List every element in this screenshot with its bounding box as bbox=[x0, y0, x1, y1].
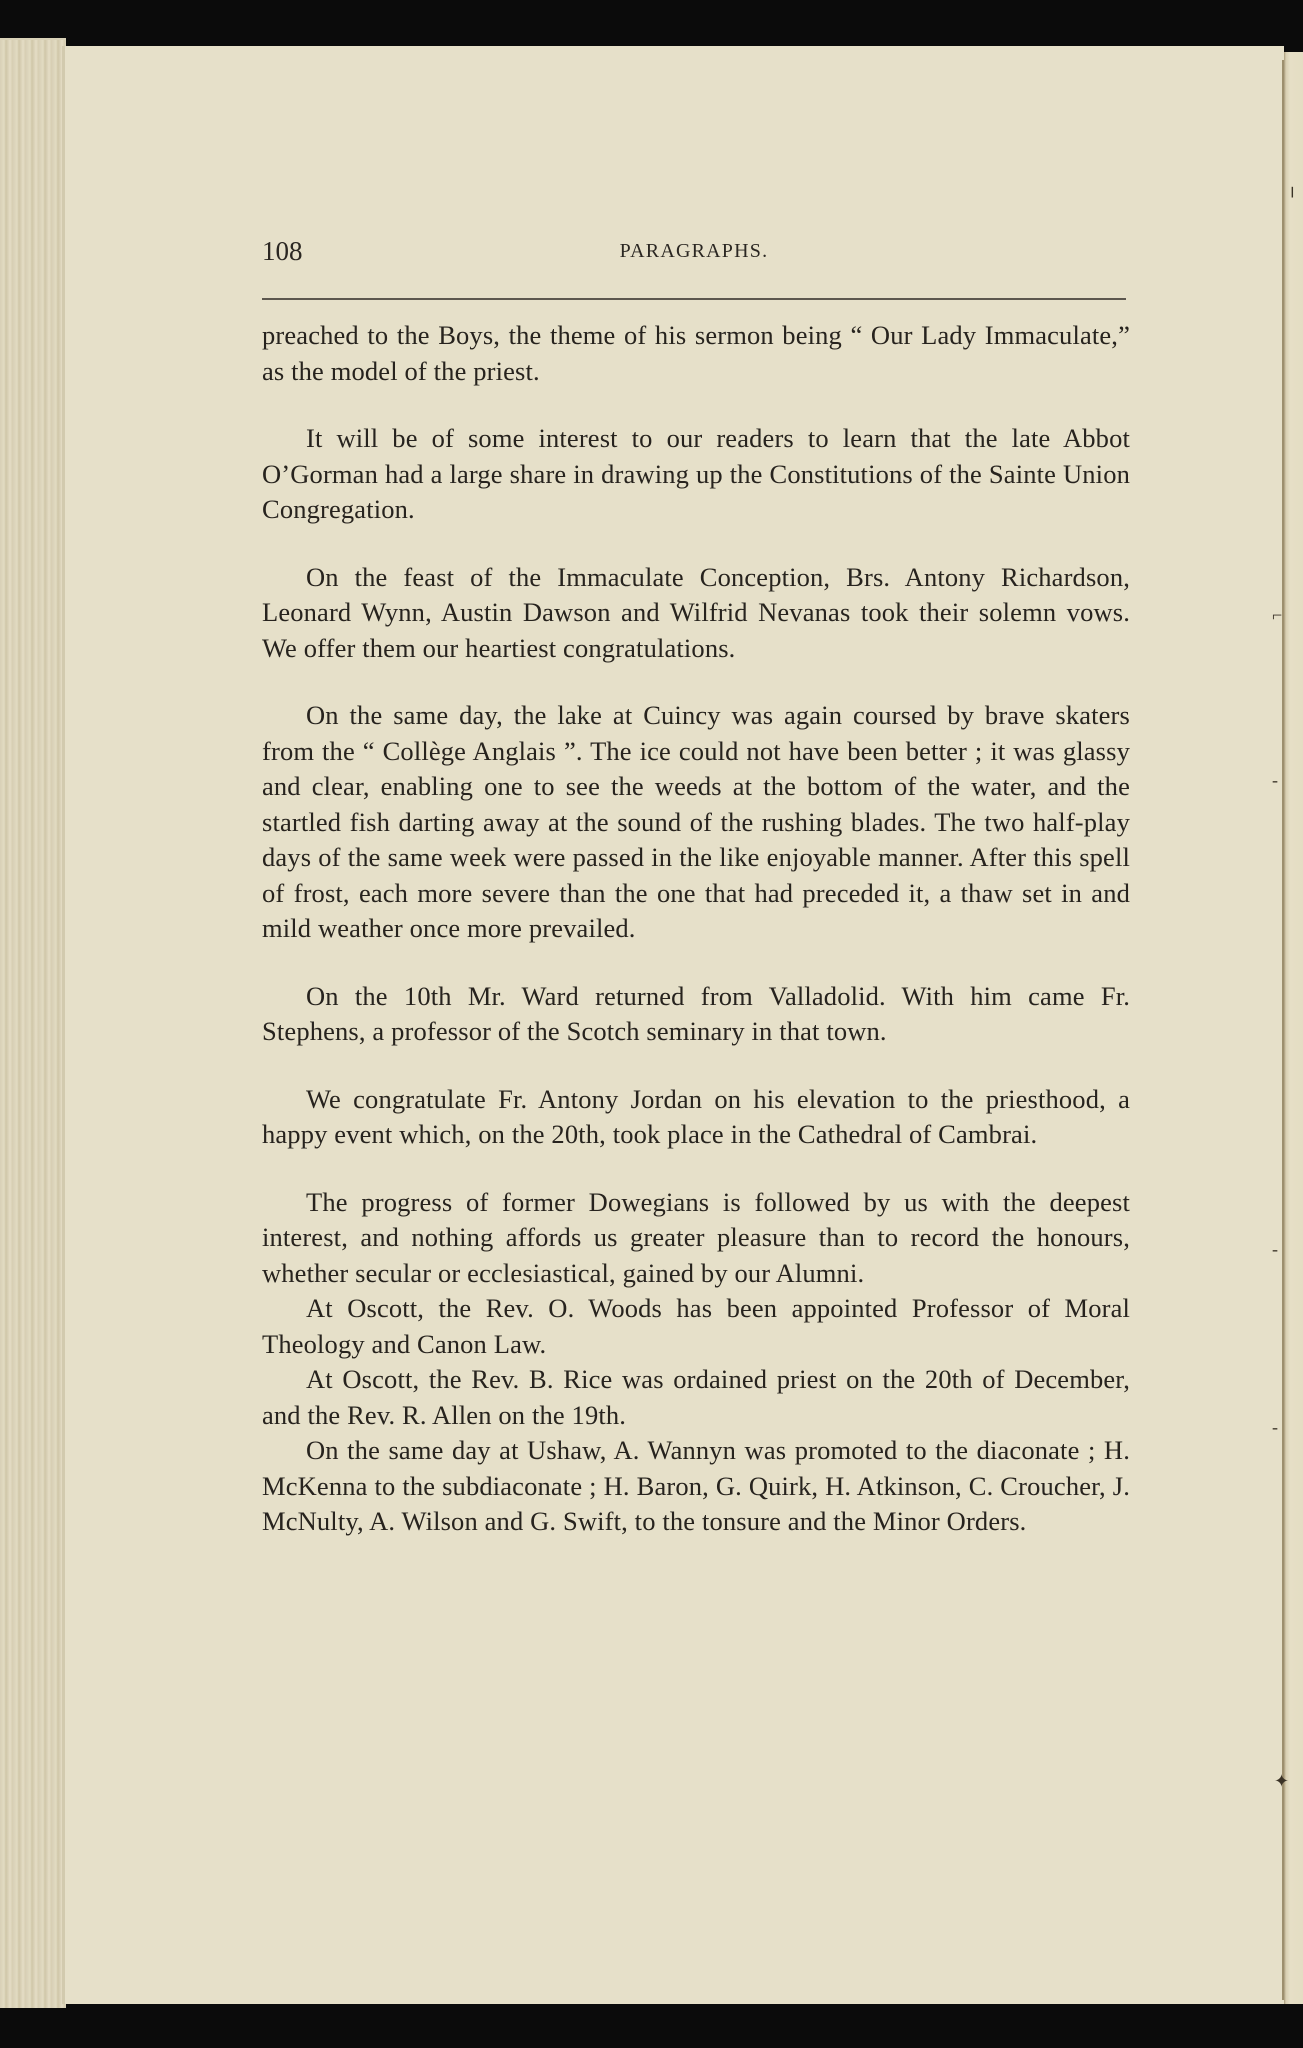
edge-tab-mark: ‐ bbox=[1272, 1418, 1278, 1436]
edge-tab-mark: ‐ bbox=[1272, 1240, 1278, 1258]
edge-tab-mark: ✦ bbox=[1274, 1772, 1289, 1790]
body-text: preached to the Boys, the theme of his s… bbox=[262, 318, 1130, 1540]
edge-tab-mark: ⌐ bbox=[1272, 606, 1282, 624]
paragraph: We congratulate Fr. Antony Jordan on his… bbox=[262, 1082, 1130, 1153]
running-head: 108 PARAGRAPHS. bbox=[262, 236, 1126, 270]
facing-page-edge bbox=[1284, 52, 1303, 2004]
paragraph-continued: preached to the Boys, the theme of his s… bbox=[262, 318, 1130, 389]
paragraph: On the same day at Ushaw, A. Wannyn was … bbox=[262, 1433, 1130, 1540]
edge-tab-mark: ‐ bbox=[1272, 771, 1278, 789]
paragraph: At Oscott, the Rev. B. Rice was ordained… bbox=[262, 1362, 1130, 1433]
header-rule bbox=[262, 298, 1126, 300]
paragraph: It will be of some interest to our reade… bbox=[262, 421, 1130, 528]
paragraph: On the same day, the lake at Cuincy was … bbox=[262, 698, 1130, 947]
paragraph: At Oscott, the Rev. O. Woods has been ap… bbox=[262, 1291, 1130, 1362]
running-title: PARAGRAPHS. bbox=[262, 240, 1126, 263]
stacked-page-edges bbox=[0, 40, 66, 2008]
page-gutter bbox=[1282, 60, 1284, 2000]
paragraph: On the feast of the Immaculate Conceptio… bbox=[262, 560, 1130, 667]
paragraph: The progress of former Dowegians is foll… bbox=[262, 1185, 1130, 1292]
edge-tab-mark: ╷ bbox=[1287, 178, 1298, 196]
paragraph: On the 10th Mr. Ward returned from Valla… bbox=[262, 979, 1130, 1050]
